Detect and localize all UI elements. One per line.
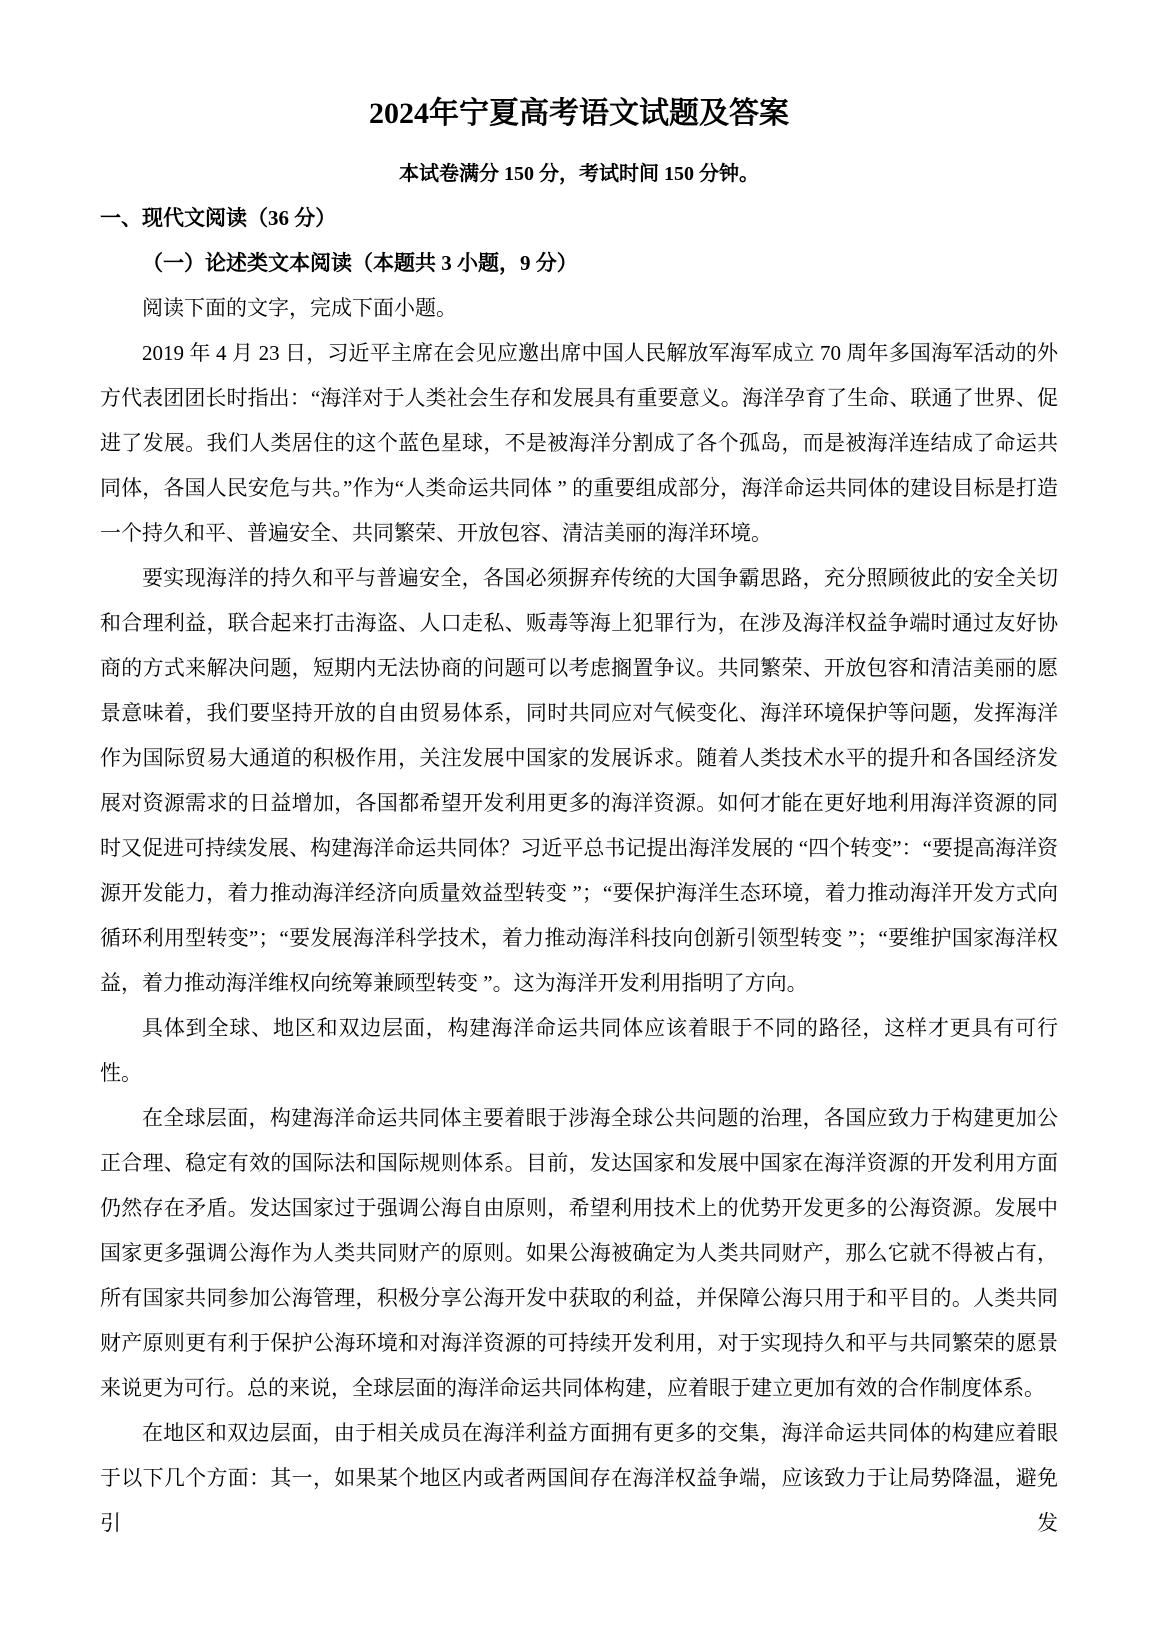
exam-info: 本试卷满分 150 分，考试时间 150 分钟。 (100, 162, 1058, 186)
document-body: 一、现代文阅读（36 分） （一）论述类文本阅读（本题共 3 小题，9 分） 阅… (100, 196, 1058, 1546)
subsection-heading: （一）论述类文本阅读（本题共 3 小题，9 分） (100, 241, 1058, 286)
body-paragraph-1: 2019 年 4 月 23 日，习近平主席在会见应邀出席中国人民解放军海军成立 … (100, 331, 1058, 556)
page-title: 2024年宁夏高考语文试题及答案 (100, 96, 1058, 132)
document-page: 2024年宁夏高考语文试题及答案 本试卷满分 150 分，考试时间 150 分钟… (0, 0, 1158, 1638)
body-paragraph-3: 具体到全球、地区和双边层面，构建海洋命运共同体应该着眼于不同的路径，这样才更具有… (100, 1006, 1058, 1096)
body-paragraph-2: 要实现海洋的持久和平与普遍安全，各国必须摒弃传统的大国争霸思路，充分照顾彼此的安… (100, 556, 1058, 1006)
body-paragraph-5: 在地区和双边层面，由于相关成员在海洋利益方面拥有更多的交集，海洋命运共同体的构建… (100, 1411, 1058, 1546)
section-heading: 一、现代文阅读（36 分） (100, 196, 1058, 241)
reading-instruction: 阅读下面的文字，完成下面小题。 (100, 286, 1058, 331)
body-paragraph-4: 在全球层面，构建海洋命运共同体主要着眼于涉海全球公共问题的治理，各国应致力于构建… (100, 1096, 1058, 1411)
